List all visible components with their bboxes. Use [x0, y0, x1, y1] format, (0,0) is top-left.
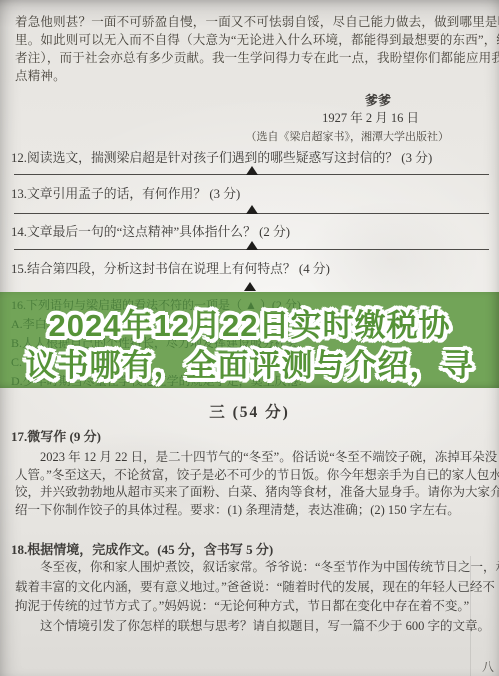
triangle-marker-icon [246, 166, 258, 175]
answer-divider [14, 164, 489, 175]
overlay-banner: 16.下列语句与梁启超的看法不符的一项是（ ▲ ）(2 分) A.李白、 B.人… [0, 292, 499, 388]
source-citation: （选自《梁启超家书》，湘潭大学出版社） [246, 128, 450, 144]
paragraph-line: 拘泥于传统的过节方式了。”妈妈说：“无论何种方式，节日都在变化中存在着不变。” [15, 597, 489, 617]
question-15: 15.结合第四段，分析这封书信在说理上有何特点？ (4 分) [11, 258, 330, 277]
banner-title-line-2: 议书哪有，全面评测与介绍，寻 [0, 340, 499, 385]
answer-divider [14, 239, 489, 250]
triangle-marker-icon [244, 282, 256, 291]
paragraph-line: 饺，并兴致勃勃地从超市买来了面粉、白菜、猪肉等食材，准备大显身手。请你为大家介 [15, 484, 489, 502]
paragraph-line: 载着丰富的文化内涵，要有意义地过。”爸爸说：“随着时代的发展，现在的年轻人已经不 [15, 578, 489, 598]
question-17-paragraph: 2023 年 12 月 22 日，是二十四节气的“冬至”。俗话说“冬至不端饺子碗… [15, 449, 489, 519]
letter-line: 里。如此则可以无入而不自得（大意为“无论进入什么环境，都能得到最想要的东西”，编 [15, 31, 487, 49]
paragraph-line: 这个情境引发了你怎样的联想与思考？请自拟题目，写一篇不少于 600 字的文章。 [15, 617, 489, 637]
paragraph-line: 人管。”冬至这天，不论贫富，饺子是必不可少的节日饭。你今年想亲手为自已的家人包水 [15, 467, 489, 485]
paragraph-line: 2023 年 12 月 22 日，是二十四节气的“冬至”。俗话说“冬至不端饺子碗… [15, 449, 489, 467]
paper-crease [470, 556, 471, 676]
letter-line: 点精神。 [15, 67, 487, 85]
triangle-marker-icon [246, 241, 258, 250]
letter-line: 着急他则甚？一面不可骄盈自慢，一面又不可怯弱自馁，尽自己能力做去，做到哪里是哪 [15, 13, 487, 31]
question-14: 14.文章最后一句的“这点精神”具体指什么？ (2 分) [11, 221, 290, 240]
paragraph-line: 绍一下你制作饺子的具体过程。要求：(1) 条理清楚，表达准确；(2) 150 字… [15, 502, 489, 520]
triangle-marker-icon [246, 205, 258, 214]
question-17-title: 17.微写作 (9 分) [11, 426, 101, 445]
answer-divider [14, 203, 489, 214]
exam-paper-photo: 着急他则甚？一面不可骄盈自慢，一面又不可怯弱自馁，尽自己能力做去，做到哪里是哪 … [0, 0, 499, 676]
banner-title-line-1: 2024年12月22日实时缴税协 [0, 300, 499, 345]
letter-date: 1927 年 2 月 16 日 [322, 108, 419, 126]
letter-line: 者注），而于社会亦总有多少贡献。我一生学问得力专在此一点，我盼望你们都能应用我这 [15, 49, 487, 67]
question-18-title: 18.根据情境，完成作文。(45 分，含书写 5 分) [11, 539, 273, 558]
stray-mark: 八 [482, 658, 494, 675]
question-18-paragraph: 冬至夜，你和家人围炉煮饺，叙话家常。爷爷说：“冬至节作为中国传统节日之一，承 载… [15, 558, 489, 636]
question-13: 13.文章引用孟子的话，有何作用？ (3 分) [11, 183, 240, 202]
letter-signature: 爹爹 [365, 90, 391, 109]
section-3-heading: 三 (54 分) [0, 400, 499, 422]
paragraph-line: 冬至夜，你和家人围炉煮饺，叙话家常。爷爷说：“冬至节作为中国传统节日之一，承 [15, 558, 489, 578]
letter-intro-paragraph: 着急他则甚？一面不可骄盈自慢，一面又不可怯弱自馁，尽自己能力做去，做到哪里是哪 … [15, 13, 487, 85]
